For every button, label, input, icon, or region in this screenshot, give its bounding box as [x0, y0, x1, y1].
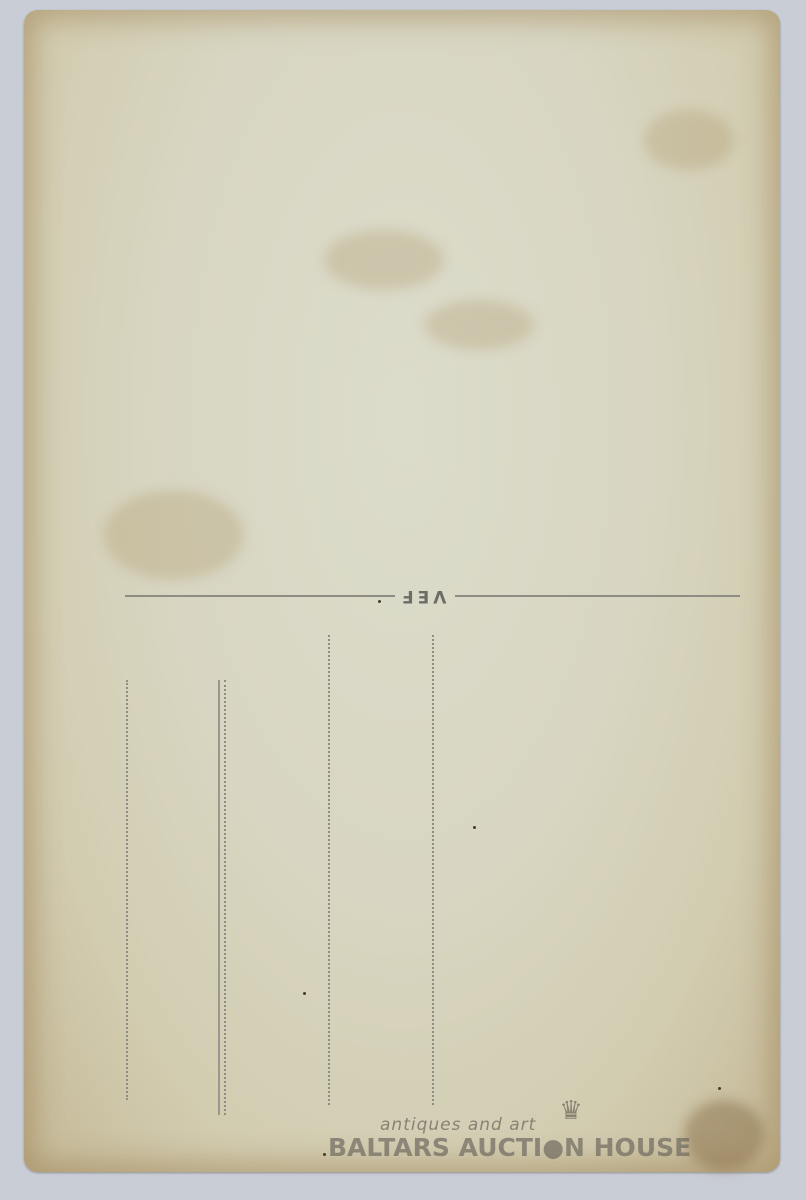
speck — [718, 1087, 721, 1090]
divider-right — [455, 595, 740, 597]
address-line-4 — [328, 635, 330, 1105]
stain — [424, 300, 534, 350]
speck — [473, 826, 476, 829]
vef-mark: VEF — [398, 586, 446, 606]
speck — [378, 600, 381, 603]
address-line-5 — [432, 635, 434, 1105]
address-line-3 — [224, 680, 226, 1115]
stain — [324, 230, 444, 290]
stain — [104, 490, 244, 580]
speck — [303, 992, 306, 995]
stain — [684, 1100, 764, 1170]
watermark-name: BALTARS AUCTI●N HOUSE — [328, 1133, 691, 1162]
stain — [644, 110, 734, 170]
watermark-tagline: antiques and art — [380, 1115, 536, 1135]
speck — [323, 1153, 326, 1156]
divider-left — [125, 595, 395, 597]
address-line-2 — [218, 680, 220, 1115]
crown-icon: ♛ — [556, 1100, 586, 1122]
address-line-1 — [126, 680, 128, 1100]
